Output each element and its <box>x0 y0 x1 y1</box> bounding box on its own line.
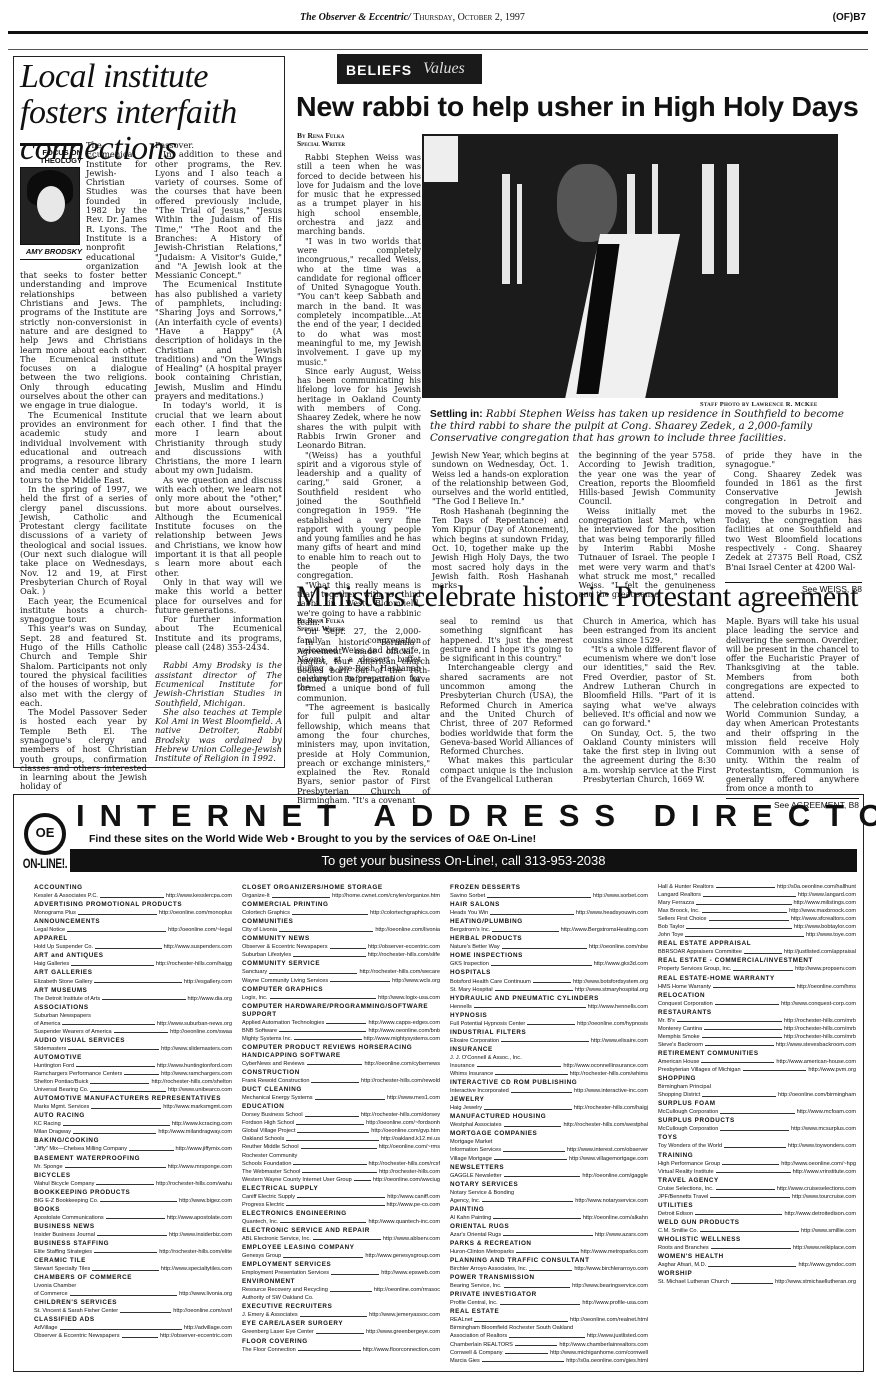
entry-url[interactable]: http://oeonline.com/~legal <box>168 926 232 934</box>
entry-url[interactable]: http://www.ablserv.com <box>383 1235 440 1243</box>
entry-url[interactable]: http://www.greenbergeye.com <box>366 1328 440 1336</box>
leader-rule <box>294 1035 361 1040</box>
leader-rule <box>495 1070 567 1075</box>
entry-name: Haig Galleries <box>34 960 69 968</box>
directory-category: WORSHIP <box>658 1270 856 1278</box>
directory-category: COMPUTER GRAPHICS <box>242 986 440 994</box>
entry-name: Suspender Wearers of America <box>34 1028 112 1036</box>
entry-url[interactable]: http://www.headsyouwin.com <box>576 909 648 917</box>
entry-url[interactable]: http://www.mes1.com <box>387 1094 440 1102</box>
entry-url[interactable]: http://www.mcfoam.com <box>797 1108 856 1116</box>
entry-url[interactable]: http://www.profile-usa.com <box>582 1299 648 1307</box>
directory-entry: Whims Insurancehttp://rochester-hills.co… <box>450 1070 648 1078</box>
entry-url[interactable]: http://www.smillie.com <box>801 1227 856 1235</box>
leader-rule <box>715 1000 779 1005</box>
directory-entry: Al Kahn Paintinghttp://oeonline.com/alka… <box>450 1214 648 1222</box>
entry-url[interactable]: http://observer-eccentric.com <box>160 1332 232 1340</box>
entry-url[interactable]: http://rochester-hills.com/westphal <box>563 1121 648 1129</box>
directory-category: AUTOMOTIVE MANUFACTURERS REPRESENTATIVES <box>34 1095 232 1103</box>
entry-url[interactable]: http://www.interest.com/observer <box>567 1146 648 1154</box>
directory-category: BAKING/COOKING <box>34 1137 232 1145</box>
leader-rule <box>120 1307 171 1312</box>
directory-category: ASSOCIATIONS <box>34 1004 232 1012</box>
leader-rule <box>301 1143 377 1148</box>
leader-rule <box>696 899 791 904</box>
directory-entry: Bob Taylorhttp://www.bobtaylor.com <box>658 923 856 931</box>
entry-url[interactable]: http://rochester-hills.com/wecare <box>359 968 440 976</box>
directory-category: SURPLUS PRODUCTS <box>658 1117 856 1125</box>
entry-url[interactable]: http://rochester-hills.com/rcsf <box>369 1160 441 1168</box>
directory-entry: Dorsey Business Schoolhttp://rochester-h… <box>242 1111 440 1119</box>
entry-url[interactable]: http://www.villagemortgage.com <box>569 1155 648 1163</box>
entry-url[interactable]: http://www.huntingtonford.com <box>157 1062 232 1070</box>
entry-name: Azar's Oriental Rugs <box>450 1231 501 1239</box>
entry-url[interactable]: http://www.suspenders.com <box>164 943 232 951</box>
leader-rule <box>283 1252 363 1257</box>
entry-url[interactable]: http://oakland.k12.mi.us <box>381 1135 440 1143</box>
entry-url[interactable]: http://www.reikiplace.com <box>793 1244 856 1252</box>
article-column: the beginning of the year 5758. Accordin… <box>579 451 716 600</box>
directory-category: COMMUNITIES <box>242 918 440 926</box>
entry-url[interactable]: http://www.jiffymix.com <box>176 1145 232 1153</box>
directory-entry-name: Notary Service & Bonding <box>450 1189 648 1197</box>
entry-name: CyberNews and Reviews <box>242 1060 305 1068</box>
directory-entry: Chamberlain REALTORShttp://www.chamberla… <box>450 1341 648 1349</box>
directory-category: BUSINESS NEWS <box>34 1223 232 1231</box>
entry-url[interactable]: http://www.kcracing.com <box>172 1120 232 1128</box>
directory-entry: Global Village Projecthttp://oeonline.co… <box>242 1127 440 1135</box>
entry-url[interactable]: http://rochester-hills.com/rewold <box>361 1077 440 1085</box>
entry-url[interactable]: http://advillage.com <box>184 1324 232 1332</box>
directory-entry: Cruise Selections, Inc.http://www.cruise… <box>658 1185 856 1193</box>
entry-url[interactable]: http://www.gyndoc.com <box>798 1261 856 1269</box>
directory-entry: Heads You Winhttp://www.headsyouwin.com <box>450 909 648 917</box>
directory-entry: Azar's Oriental Rugshttp://www.azars.com <box>450 1231 648 1239</box>
directory-entry: BBRSOAR Appraisers Committeehttp://justl… <box>658 948 856 956</box>
entry-url[interactable]: http://oeonline.com/hms <box>797 983 856 991</box>
directory-entry: City of Livoniahttp://oeonline.com/livon… <box>242 926 440 934</box>
leader-rule <box>733 965 793 970</box>
directory-entry: Mary Ferrazzahttp://www.milistings.com <box>658 899 856 907</box>
leader-rule <box>685 931 804 936</box>
entry-url[interactable]: http://oeonline.com/rrrasoc <box>374 1286 440 1294</box>
entry-name: McCullough Corporation <box>658 1125 718 1133</box>
leader-rule <box>527 1020 575 1025</box>
leader-rule <box>702 907 788 912</box>
entry-url[interactable]: http://www.mrsponge.com <box>168 1163 232 1171</box>
directory-entry: Elizabeth Stone Galleryhttp://esgallery.… <box>34 978 232 986</box>
entry-url[interactable]: http://www.livonia.org <box>179 1290 232 1298</box>
paragraph: Each year, the Ecumenical institute host… <box>20 597 147 625</box>
entry-url[interactable]: http://www.floorconnection.com <box>363 1346 440 1354</box>
directory-entry: The Webmaster Schoolhttp://rochester-hil… <box>242 1168 440 1176</box>
entry-url[interactable]: http://www.epsweb.com <box>381 1269 440 1277</box>
entry-url[interactable]: http://rochester-hills.com/slife <box>368 951 440 959</box>
entry-name: GAGGLE Newsletter <box>450 1172 502 1180</box>
directory-category: HEATING/PLUMBING <box>450 918 648 926</box>
directory-entry: Employment Presentation Serviceshttp://w… <box>242 1269 440 1277</box>
directory-entry: JPF/Bennetts Travelhttp://www.tourcruise… <box>658 1193 856 1201</box>
entry-url[interactable]: http://www.sorbet.com <box>593 892 648 900</box>
entry-url[interactable]: http://www.stevesbackroom.com <box>776 1041 856 1049</box>
entry-url[interactable]: http://www.jemeryassoc.com <box>369 1311 440 1319</box>
directory-entry: AdVillagehttp://advillage.com <box>34 1324 232 1332</box>
entry-url[interactable]: http://rochester-hills.com/mrb <box>784 1025 856 1033</box>
entry-name: Kessler & Associates P.C. <box>34 892 98 900</box>
entry-url[interactable]: http://www.quantech-inc.com <box>368 1218 440 1226</box>
entry-url[interactable]: http://oeonline.com/nbw <box>589 943 648 951</box>
directory-entry: Fordson High Schoolhttp://oeonline.com/~… <box>242 1119 440 1127</box>
paragraph: In today's world, it is crucial that we … <box>155 401 282 475</box>
entry-name: Observer & Eccentric Newspapers <box>242 943 328 951</box>
leader-rule <box>511 1087 572 1092</box>
entry-name: Slidemasters <box>34 1045 66 1053</box>
directory-category: WOMEN'S HEALTH <box>658 1253 856 1261</box>
entry-url[interactable]: http://www.bigez.com <box>179 1197 232 1205</box>
entry-url[interactable]: http://colortechgraphics.com <box>370 909 440 917</box>
directory-entry: Haig Jewelryhttp://rochester-hills.com/h… <box>450 1104 648 1112</box>
directory-entry-name: J. J. O'Connell & Assoc., Inc. <box>450 1054 648 1062</box>
leader-rule <box>65 1163 166 1168</box>
entry-url[interactable]: http://home.cwnet.com/cnylen/organize.ht… <box>332 892 440 900</box>
entry-url[interactable]: http://oeonline.com/svsf <box>173 1307 232 1315</box>
entry-name: Monograms Plus <box>34 909 76 917</box>
directory-category: ART and ANTIQUES <box>34 952 232 960</box>
directory-entry: Max Broock, Inc.http://www.maxbroock.com <box>658 907 856 915</box>
leader-rule <box>305 1111 359 1116</box>
byline-role: Special Writer <box>297 625 430 633</box>
leader-rule <box>711 1244 791 1249</box>
directory-category: CHILDREN'S SERVICES <box>34 1299 232 1307</box>
entry-url[interactable]: http://www.pe-co.com <box>387 1201 440 1209</box>
directory-category: REAL ESTATE <box>450 1308 648 1316</box>
entry-url[interactable]: http://www.detroitedison.com <box>784 1210 856 1218</box>
section-flag: BELIEFS Values <box>337 54 482 84</box>
entry-name: Cruise Selections, Inc. <box>658 1185 714 1193</box>
directory-entry: BIG E-Z Bookkeeping Co.http://www.bigez.… <box>34 1197 232 1205</box>
entry-url[interactable]: http://s0a.oeonline.com/hallhunt <box>777 883 856 891</box>
directory-entry: Village Mortgagehttp://www.villagemortga… <box>450 1155 648 1163</box>
entry-url[interactable]: http://oeonline.com/monoplus <box>159 909 232 917</box>
leader-rule <box>286 1135 379 1140</box>
entry-url[interactable]: http://oeonline.com/wwciug <box>373 1176 440 1184</box>
directory-entry: The Floor Connectionhttp://www.floorconn… <box>242 1346 440 1354</box>
entry-url[interactable]: http://www.interactive-inc.com <box>574 1087 648 1095</box>
entry-url[interactable]: http://oeonline.com/~rms <box>379 1143 440 1151</box>
entry-url[interactable]: http://www.oeonline.com/~hpg <box>781 1160 856 1168</box>
directory-entry: Observer & Eccentric Newspapershttp://ob… <box>34 1332 232 1340</box>
entry-url[interactable]: http://www.toywonders.com <box>788 1142 856 1150</box>
directory-entry: Mr. Spongehttp://www.mrsponge.com <box>34 1163 232 1171</box>
masthead-rule <box>8 31 868 34</box>
leader-rule <box>503 1146 565 1151</box>
entry-name: Westphal Associates <box>450 1121 502 1129</box>
leader-rule <box>330 1286 372 1291</box>
leader-rule <box>311 1077 359 1082</box>
entry-name: Ramchargers Performance Centers <box>34 1070 122 1078</box>
entry-url[interactable]: http://rochester-hills.com <box>379 1168 440 1176</box>
directory-category: ELECTRICAL SUPPLY <box>242 1185 440 1193</box>
directory-category: REAL ESTATE-HOME WARRANTY <box>658 975 856 983</box>
entry-url[interactable]: http://www.milandragway.com <box>158 1128 232 1136</box>
leader-rule <box>716 1168 791 1173</box>
directory-entry: Quantech, Inc.http://www.quantech-inc.co… <box>242 1218 440 1226</box>
entry-url[interactable]: http://www.bearingservice.com <box>572 1282 648 1290</box>
leader-rule <box>354 1176 371 1181</box>
directory-category: WHOLISTIC WELLNESS <box>658 1236 856 1244</box>
entry-name: Sellers First Choice <box>658 915 707 923</box>
entry-url[interactable]: http://www.stmichaellutheran.org <box>775 1278 856 1286</box>
directory-category: ELECTRONIC SERVICE AND REPAIR <box>242 1227 440 1235</box>
entry-name: Wayne Community Living Services <box>242 977 328 985</box>
entry-url[interactable]: http://rochester-hills.com/mrb <box>784 1033 856 1041</box>
entry-name: Insurance <box>450 1062 475 1070</box>
entry-url[interactable]: http://www.wcls.org <box>392 977 440 985</box>
entry-url[interactable]: http://www.BergstromsHeating.com <box>561 926 648 934</box>
directory-banner: To get your business On-Line!, call 313-… <box>70 849 857 872</box>
directory-entry: Schools Foundationhttp://rochester-hills… <box>242 1160 440 1168</box>
leader-rule <box>297 1193 385 1198</box>
entry-url[interactable]: http://www.american-house.com <box>776 1058 856 1066</box>
paragraph: For further information about The Ecumen… <box>155 615 282 652</box>
entry-url[interactable]: http://www.conquest-corp.com <box>781 1000 856 1008</box>
entry-url[interactable]: http://www.stmaryhospital.org <box>575 986 648 994</box>
entry-url[interactable]: http://www.justlisted.com <box>587 1332 648 1340</box>
entry-url[interactable]: http://www.slidemasters.com <box>161 1045 232 1053</box>
entry-url[interactable]: http://www.hennells.com <box>588 1003 648 1011</box>
entry-url[interactable]: http://www.metroparks.com <box>581 1248 648 1256</box>
entry-url[interactable]: http://www.marksmgmt.com <box>163 1103 232 1111</box>
leader-rule <box>292 909 368 914</box>
entry-url[interactable]: http://rochester-hills.com/haigg <box>156 960 232 968</box>
directory-category: FROZEN DESSERTS <box>450 884 648 892</box>
entry-url[interactable]: http://esgallery.com <box>184 978 232 986</box>
entry-url[interactable]: http://www.logix-usa.com <box>378 994 440 1002</box>
directory-category: HERBAL PRODUCTS <box>450 935 648 943</box>
entry-url[interactable]: http://www.mcsurplus.com <box>791 1125 856 1133</box>
entry-name: Haig Jewelry <box>450 1104 482 1112</box>
entry-url[interactable]: http://www.caniff.com <box>387 1193 440 1201</box>
entry-url[interactable]: http://www.mightysystems.com <box>364 1035 440 1043</box>
leader-rule <box>504 1121 562 1126</box>
directory-entry-name: Rochester Community <box>242 1152 440 1160</box>
entry-url[interactable]: http://www.cruiseselections.com <box>777 1185 856 1193</box>
entry-name: Detroit Edison <box>658 1210 693 1218</box>
directory-entry-name: Mortgage Market <box>450 1138 648 1146</box>
entry-url[interactable]: http://www.unibearco.com <box>168 1086 232 1094</box>
directory-category: TOYS <box>658 1134 856 1142</box>
directory-entry: Huron-Clinton Metroparkshttp://www.metro… <box>450 1248 648 1256</box>
directory-entry: Profile Central, Inc.http://www.profile-… <box>450 1299 648 1307</box>
directory-entry: Hold Up Suspender Co.http://www.suspende… <box>34 943 232 951</box>
entry-url[interactable]: http://www.botsfordsystem.org <box>573 978 648 986</box>
leader-rule <box>60 1324 182 1329</box>
directory-category: ORIENTAL RUGS <box>450 1223 648 1231</box>
entry-url[interactable]: http://observer-eccentric.com <box>368 943 440 951</box>
directory-entry: Universal Bearing Co.http://www.unibearc… <box>34 1086 232 1094</box>
entry-url[interactable]: http://oeonline.com/cybernews <box>364 1060 440 1068</box>
directory-entry: Savino Sorbethttp://www.sorbet.com <box>450 892 648 900</box>
entry-name: Shopping District <box>658 1091 700 1099</box>
entry-url[interactable]: http://rochester-hills.com/shelton <box>151 1078 232 1086</box>
leader-rule <box>710 1193 790 1198</box>
author-bio: Rabbi Amy Brodsky is the assistant direc… <box>155 661 282 707</box>
paper-name: The Observer & Eccentric/ <box>300 12 411 23</box>
entry-name: Whims Insurance <box>450 1070 493 1078</box>
entry-url[interactable]: http://www.propserv.com <box>795 965 856 973</box>
entry-url[interactable]: http://oeonline.com/gaggle <box>582 1172 648 1180</box>
entry-url[interactable]: http://www.gks3d.com <box>594 960 648 968</box>
entry-url[interactable]: http://www.ramchargers.com <box>161 1070 232 1078</box>
directory-entry: of Americahttp://www.suburban-news.org <box>34 1020 232 1028</box>
entry-url[interactable]: http://rochester-hills.com/mrb <box>784 1017 856 1025</box>
leader-rule <box>509 1332 585 1337</box>
entry-url[interactable]: http://www.tourcruise.com <box>792 1193 856 1201</box>
entry-name: of Commerce <box>34 1290 68 1298</box>
entry-url[interactable]: http://oeonline.com/hypnosis <box>577 1020 648 1028</box>
directory-category: EMPLOYEE LEASING COMPANY <box>242 1244 440 1252</box>
entry-url[interactable]: http://www.insiderbiz.com <box>169 1231 232 1239</box>
entry-url[interactable]: http://www.specialtytiles.com <box>161 1265 232 1273</box>
entry-name: Mr. B's <box>658 1017 675 1025</box>
entry-url[interactable]: http://oeonline.com/~fordsonh <box>366 1119 440 1127</box>
entry-name: Reuther Middle School <box>242 1143 299 1151</box>
leader-rule <box>709 915 789 920</box>
entry-url[interactable]: http://www.oconnellinsurance.com <box>563 1062 648 1070</box>
entry-url[interactable]: http://www.pvm.org <box>808 1066 856 1074</box>
leader-rule <box>307 1060 363 1065</box>
entry-name: Dorsey Business School <box>242 1111 303 1119</box>
entry-name: REALnet <box>450 1316 472 1324</box>
entry-url[interactable]: http://www.milistings.com <box>794 899 856 907</box>
directory-entry: Elixaire Corporationhttp://www.elixaire.… <box>450 1037 648 1045</box>
entry-url[interactable]: http://www.chamberlainrealtors.com <box>559 1341 648 1349</box>
leader-rule <box>279 926 373 931</box>
directory-category: RETIREMENT COMMUNITIES <box>658 1050 856 1058</box>
entry-url[interactable]: http://www.michiganhome.com/cornwell <box>550 1349 648 1357</box>
entry-url[interactable]: http://rochester-hills.com/haigj <box>574 1104 648 1112</box>
directory-entry: Conquest Corporationhttp://www.conquest-… <box>658 1000 856 1008</box>
entry-url[interactable]: http://www.oeonline.com/bnb <box>368 1027 440 1035</box>
directory-category: HYPNOSIS <box>450 1012 648 1020</box>
directory-entry: GAGGLE Newsletterhttp://oeonline.com/gag… <box>450 1172 648 1180</box>
entry-url[interactable]: http://www.azars.com <box>595 1231 648 1239</box>
leader-rule <box>703 891 796 896</box>
entry-name: Marcia Gies <box>450 1357 480 1365</box>
entry-url[interactable]: http://www.elixaire.com <box>591 1037 648 1045</box>
directory-entry: Applied Automation Technologieshttp://ww… <box>242 1019 440 1027</box>
directory-category: MANUFACTURED HOUSING <box>450 1113 648 1121</box>
entry-name: Progress Electric <box>242 1201 284 1209</box>
entry-url[interactable]: http://www.suburban-news.org <box>157 1020 232 1028</box>
entry-name: Huron-Clinton Metroparks <box>450 1248 514 1256</box>
entry-url[interactable]: http://oeonline.com/realnet.html <box>570 1316 648 1324</box>
entry-url[interactable]: http://www.genesysgroup.com <box>365 1252 440 1260</box>
leader-rule <box>713 983 795 988</box>
directory-entry: Roots and Brancheshttp://www.reikiplace.… <box>658 1244 856 1252</box>
entry-name: GKS Inspection <box>450 960 489 968</box>
directory-entry: GKS Inspectionhttp://www.gks3d.com <box>450 960 648 968</box>
leader-rule <box>298 1346 361 1351</box>
directory-entry: KC Racinghttp://www.kcracing.com <box>34 1120 232 1128</box>
leader-rule <box>296 1119 364 1124</box>
paragraph: This year's was on Sunday, Sept. 28 and … <box>20 624 147 708</box>
leader-rule <box>315 1094 385 1099</box>
entry-url[interactable]: http://www.birchlerarroyo.com <box>574 1265 648 1273</box>
leader-rule <box>92 1265 159 1270</box>
entry-url[interactable]: http://oeonline.com/birmingham <box>778 1091 856 1099</box>
leader-rule <box>702 1091 776 1096</box>
directory-category: TRAVEL AGENCY <box>658 1177 856 1185</box>
directory-category: MORTGAGE COMPANIES <box>450 1130 648 1138</box>
leader-rule <box>330 977 390 982</box>
entry-url[interactable]: http://www.dia.org <box>188 995 232 1003</box>
directory-entry: Hall & Hunter Realtorshttp://s0a.oeonlin… <box>658 883 856 891</box>
leader-rule <box>313 1235 381 1240</box>
directory-entry: Caniff Electric Supplyhttp://www.caniff.… <box>242 1193 440 1201</box>
directory-entry: REALnethttp://oeonline.com/realnet.html <box>450 1316 648 1324</box>
directory-entry: Huntington Fordhttp://www.huntingtonford… <box>34 1062 232 1070</box>
entry-url[interactable]: http://oeonline.com/livonia <box>375 926 440 934</box>
directory-entry: Mechanical Energy Systemshttp://www.mes1… <box>242 1094 440 1102</box>
entry-url[interactable]: http://www.vrinstitute.com <box>793 1168 856 1176</box>
entry-url[interactable]: http://www.bobtaylor.com <box>794 923 856 931</box>
leader-rule <box>62 1020 154 1025</box>
entry-url[interactable]: http://www.langard.com <box>798 891 856 899</box>
entry-url[interactable]: http://www.toye.com <box>806 931 856 939</box>
entry-url[interactable]: http://rochester-hills.com/elite <box>159 1248 232 1256</box>
entry-name: Steve's Backroom <box>658 1041 703 1049</box>
entry-url[interactable]: http://oeonline.com/alkahn <box>583 1214 648 1222</box>
entry-url[interactable]: http://rochester-hills.com/wahu <box>156 1180 232 1188</box>
entry-url[interactable]: http://justlisted.com/appraisal <box>784 948 856 956</box>
entry-url[interactable]: http://www.maxbroock.com <box>789 907 856 915</box>
entry-url[interactable]: http://www.capps-edges.com <box>368 1019 440 1027</box>
entry-url[interactable]: http://www.notaryservice.com <box>575 1197 648 1205</box>
entry-url[interactable]: http://www.kesslercpa.com <box>166 892 232 900</box>
entry-name: The Webmaster School <box>242 1168 300 1176</box>
entry-name: St. Michael Lutheran Church <box>658 1278 729 1286</box>
entry-url[interactable]: http://rochester-hills.com/whims <box>570 1070 648 1078</box>
entry-name: Frank Rewold Construction <box>242 1077 309 1085</box>
directory-category: ANNOUNCEMENTS <box>34 918 232 926</box>
directory-entry: The Detroit Institute of Artshttp://www.… <box>34 995 232 1003</box>
entry-name: BBRSOAR Appraisers Committee <box>658 948 742 956</box>
entry-name: Nature's Better Way <box>450 943 500 951</box>
entry-url[interactable]: http://s0a.oeonline.com/gies.html <box>566 1357 648 1365</box>
entry-name: Property Services Group, Inc. <box>658 965 731 973</box>
directory-entry: John Toyehttp://www.toye.com <box>658 931 856 939</box>
directory-category: REAL ESTATE APPRAISAL <box>658 940 856 948</box>
directory-category: CLOSET ORGANIZERS/HOME STORAGE <box>242 884 440 892</box>
entry-url[interactable]: http://rochester-hills.com/dorsey <box>361 1111 440 1119</box>
entry-name: Profile Central, Inc. <box>450 1299 498 1307</box>
directory-category: PAINTING <box>450 1206 648 1214</box>
directory-entry: Association of Realtorshttp://www.justli… <box>450 1332 648 1340</box>
directory-entry: Virtual Reality Institutehttp://www.vrin… <box>658 1168 856 1176</box>
entry-name: Logix, Inc. <box>242 994 268 1002</box>
directory-category: AUTO RACING <box>34 1112 232 1120</box>
entry-url[interactable]: http://www.apostolate.com <box>167 1214 232 1222</box>
directory-column: Hall & Hunter Realtorshttp://s0a.oeonlin… <box>658 883 856 1365</box>
directory-category: RELOCATION <box>658 992 856 1000</box>
entry-url[interactable]: http://oeonline.com/gvp.htm <box>371 1127 440 1135</box>
entry-name: Resource Recovery and Recycling <box>242 1286 328 1294</box>
entry-url[interactable]: http://oeonline.com/swaa <box>170 1028 232 1036</box>
entry-name: Universal Bearing Co. <box>34 1086 88 1094</box>
directory-category: JEWELRY <box>450 1096 648 1104</box>
entry-url[interactable]: http://www.sfcrealtors.com <box>791 915 856 923</box>
